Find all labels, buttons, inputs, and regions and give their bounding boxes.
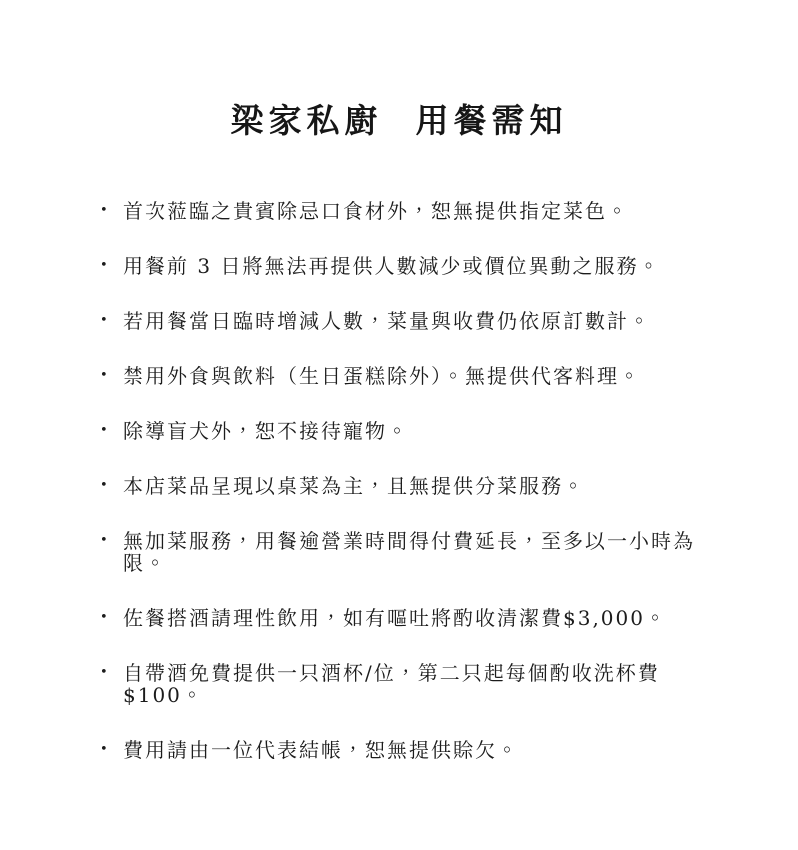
rule-text: 佐餐搭酒請理性飲用，如有嘔吐將酌收清潔費$3,000。 xyxy=(123,607,738,629)
rule-text: 首次蒞臨之貴賓除忌口食材外，恕無提供指定菜色。 xyxy=(123,200,738,222)
rule-item: • 除導盲犬外，恕不接待寵物。 xyxy=(100,420,738,442)
rule-item: • 佐餐搭酒請理性飲用，如有嘔吐將酌收清潔費$3,000。 xyxy=(100,607,738,629)
rule-item: • 首次蒞臨之貴賓除忌口食材外，恕無提供指定菜色。 xyxy=(100,200,738,222)
rules-list: • 首次蒞臨之貴賓除忌口食材外，恕無提供指定菜色。 • 用餐前 3 日將無法再提… xyxy=(0,200,798,761)
rule-text: 除導盲犬外，恕不接待寵物。 xyxy=(123,420,738,442)
rule-item: • 禁用外食與飲料（生日蛋糕除外）。無提供代客料理。 xyxy=(100,365,738,387)
bullet-icon: • xyxy=(100,607,123,629)
bullet-icon: • xyxy=(100,475,123,497)
bullet-icon: • xyxy=(100,310,123,332)
rule-item: • 無加菜服務，用餐逾營業時間得付費延長，至多以一小時為限。 xyxy=(100,530,738,574)
bullet-icon: • xyxy=(100,420,123,442)
bullet-icon: • xyxy=(100,200,123,222)
rule-item: • 自帶酒免費提供一只酒杯/位，第二只起每個酌收洗杯費$100。 xyxy=(100,662,738,706)
page-title: 梁家私廚 用餐需知 xyxy=(0,0,798,142)
rule-text: 本店菜品呈現以桌菜為主，且無提供分菜服務。 xyxy=(123,475,738,497)
bullet-icon: • xyxy=(100,365,123,387)
dining-notice-document: 梁家私廚 用餐需知 • 首次蒞臨之貴賓除忌口食材外，恕無提供指定菜色。 • 用餐… xyxy=(0,0,798,850)
rule-text: 費用請由一位代表結帳，恕無提供賒欠。 xyxy=(123,739,738,761)
rule-text: 用餐前 3 日將無法再提供人數減少或價位異動之服務。 xyxy=(123,255,738,277)
rule-item: • 費用請由一位代表結帳，恕無提供賒欠。 xyxy=(100,739,738,761)
rule-text: 無加菜服務，用餐逾營業時間得付費延長，至多以一小時為限。 xyxy=(123,530,738,574)
bullet-icon: • xyxy=(100,530,123,552)
bullet-icon: • xyxy=(100,662,123,684)
rule-item: • 本店菜品呈現以桌菜為主，且無提供分菜服務。 xyxy=(100,475,738,497)
rule-text: 若用餐當日臨時增減人數，菜量與收費仍依原訂數計。 xyxy=(123,310,738,332)
rule-item: • 若用餐當日臨時增減人數，菜量與收費仍依原訂數計。 xyxy=(100,310,738,332)
rule-text: 自帶酒免費提供一只酒杯/位，第二只起每個酌收洗杯費$100。 xyxy=(123,662,738,706)
rule-item: • 用餐前 3 日將無法再提供人數減少或價位異動之服務。 xyxy=(100,255,738,277)
rule-text: 禁用外食與飲料（生日蛋糕除外）。無提供代客料理。 xyxy=(123,365,738,387)
bullet-icon: • xyxy=(100,739,123,761)
bullet-icon: • xyxy=(100,255,123,277)
